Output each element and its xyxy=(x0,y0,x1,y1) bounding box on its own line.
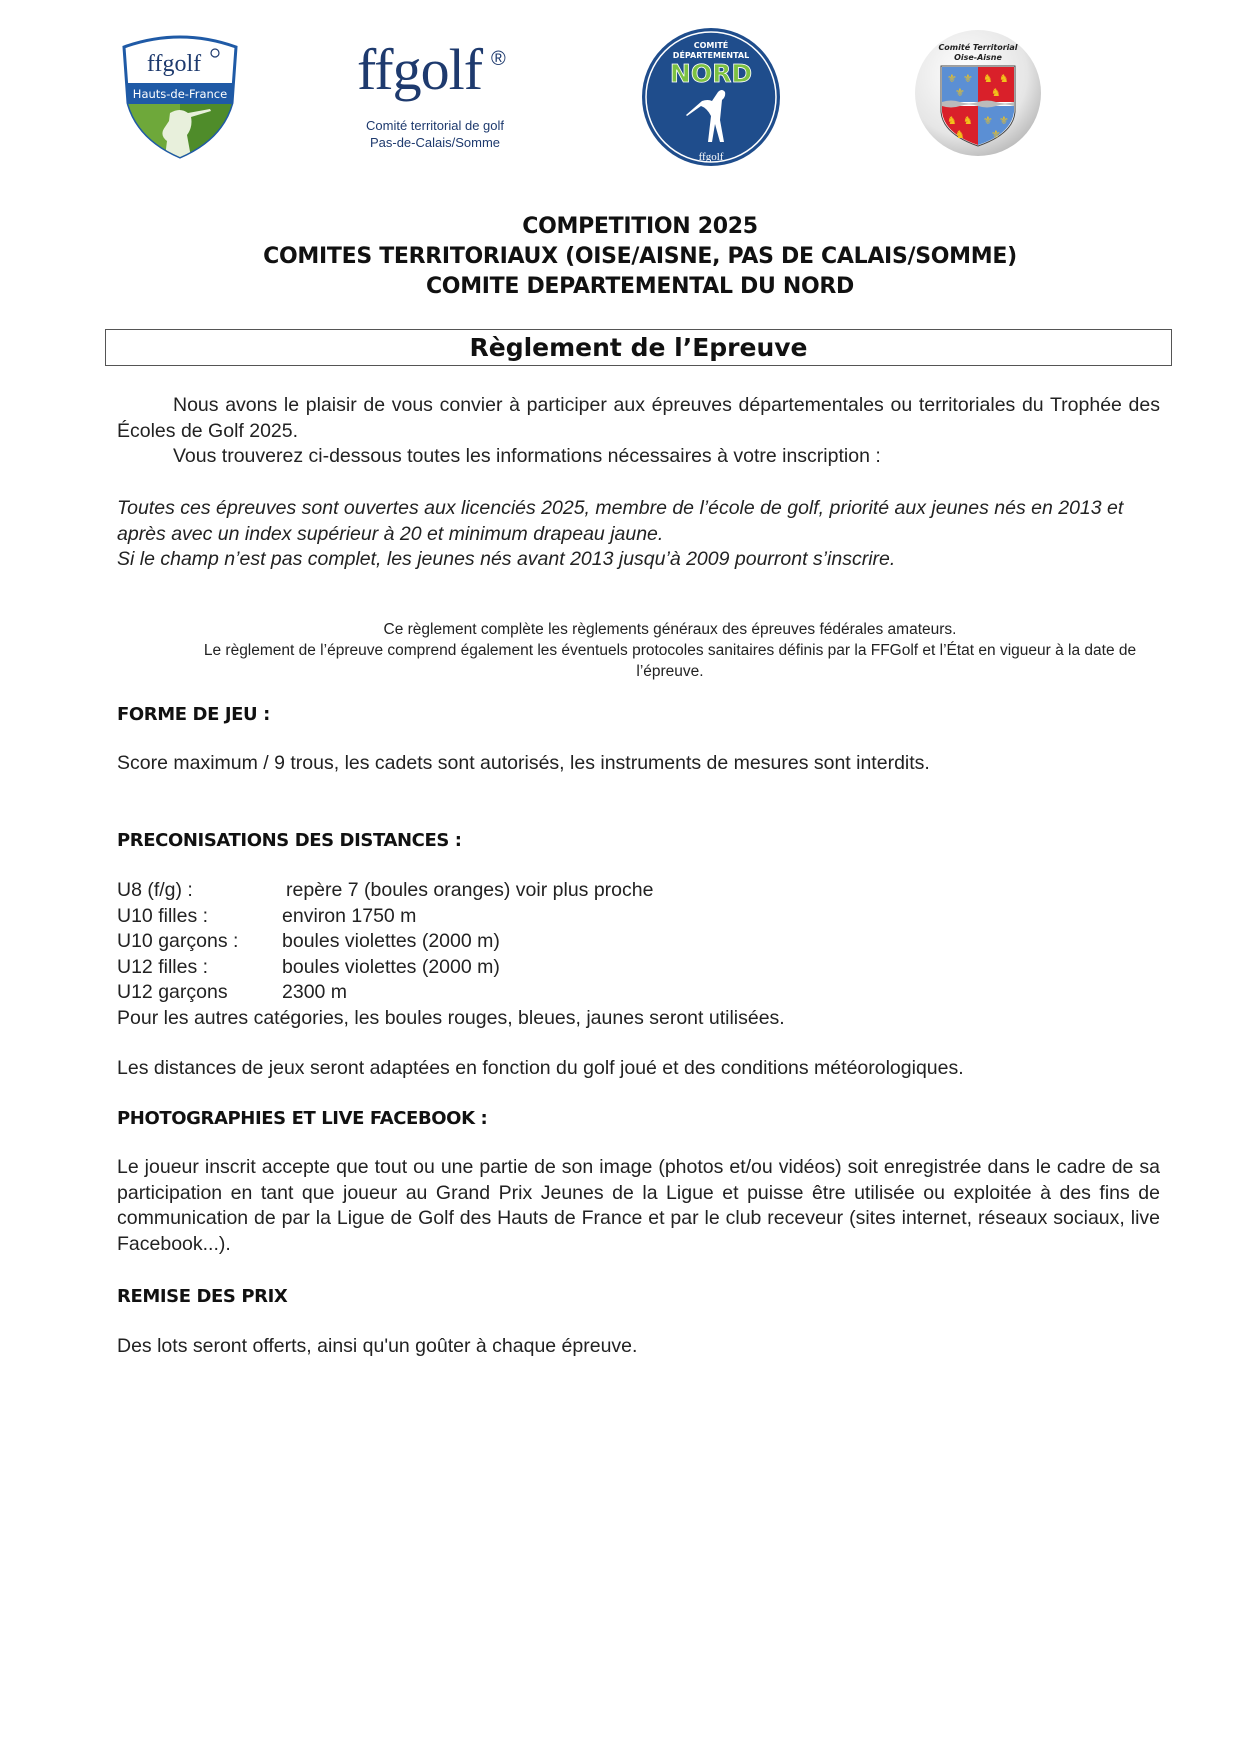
distance-value: repère 7 (boules oranges) voir plus proc… xyxy=(286,878,653,904)
intro-paragraph-2: Vous trouverez ci-dessous toutes les inf… xyxy=(117,444,1160,470)
distance-category: U10 filles : xyxy=(117,904,282,930)
distance-value: environ 1750 m xyxy=(282,904,416,930)
logo-bar: ffgolf Hauts-de-France ffgolf ® Comité t… xyxy=(0,0,1241,180)
distances-note: Les distances de jeux seront adaptées en… xyxy=(117,1056,1160,1082)
distance-row: U12 filles : boules violettes (2000 m) xyxy=(117,955,1160,981)
distance-category: U12 garçons xyxy=(117,980,282,1006)
eligibility-fallback-text: Si le champ n’est pas complet, les jeune… xyxy=(117,547,1160,573)
distance-row: U12 garçons 2300 m xyxy=(117,980,1160,1006)
logo-subtitle-1: Comité territorial de golf xyxy=(345,118,525,133)
svg-text:Oise-Aisne: Oise-Aisne xyxy=(954,53,1002,62)
title-comite-departemental: COMITE DEPARTEMENTAL DU NORD xyxy=(0,272,1241,302)
svg-text:COMITÉ: COMITÉ xyxy=(694,39,729,50)
distance-category: U8 (f/g) : xyxy=(117,878,282,904)
title-comites-territoriaux: COMITES TERRITORIAUX (OISE/AISNE, PAS DE… xyxy=(0,242,1241,272)
document-header: COMPETITION 2025 COMITES TERRITORIAUX (O… xyxy=(0,212,1241,302)
svg-text:NORD: NORD xyxy=(670,59,752,88)
svg-text:♞: ♞ xyxy=(999,72,1009,85)
remise-des-prix-text: Des lots seront offerts, ainsi qu'un goû… xyxy=(117,1334,1160,1360)
svg-text:Hauts-de-France: Hauts-de-France xyxy=(133,87,227,101)
distance-value: boules violettes (2000 m) xyxy=(282,955,500,981)
svg-text:♞: ♞ xyxy=(947,114,957,127)
svg-text:ffgolf: ffgolf xyxy=(147,51,201,77)
photographies-text: Le joueur inscrit accepte que tout ou un… xyxy=(117,1155,1160,1257)
distance-category: U10 garçons : xyxy=(117,929,282,955)
comite-oise-aisne-logo: Comité Territorial Oise-Aisne ⚜⚜⚜ ⚜⚜⚜ ♞♞… xyxy=(913,28,1043,158)
logo-subtitle-2: Pas-de-Calais/Somme xyxy=(345,135,525,150)
distance-value: boules violettes (2000 m) xyxy=(282,929,500,955)
svg-text:⚜: ⚜ xyxy=(947,72,957,85)
forme-de-jeu-text: Score maximum / 9 trous, les cadets sont… xyxy=(117,751,1160,777)
notice-line-1: Ce règlement complète les règlements gén… xyxy=(190,620,1150,641)
heading-distances: PRECONISATIONS DES DISTANCES : xyxy=(117,828,1160,854)
registered-mark: ® xyxy=(491,48,506,71)
ffgolf-wordmark: ffgolf xyxy=(357,36,482,103)
svg-text:⚜: ⚜ xyxy=(955,86,965,99)
svg-text:ffgolf: ffgolf xyxy=(699,151,724,163)
svg-text:⚜: ⚜ xyxy=(991,128,1001,141)
heading-forme-de-jeu: FORME DE JEU : xyxy=(117,702,1160,728)
intro-paragraph-1: Nous avons le plaisir de vous convier à … xyxy=(117,393,1160,444)
eligibility-text: Toutes ces épreuves sont ouvertes aux li… xyxy=(117,496,1160,547)
svg-text:⚜: ⚜ xyxy=(963,72,973,85)
comite-nord-logo: COMITÉ DÉPARTEMENTAL NORD ffgolf xyxy=(638,26,784,168)
title-competition: COMPETITION 2025 xyxy=(0,212,1241,242)
distance-category: U12 filles : xyxy=(117,955,282,981)
svg-text:♞: ♞ xyxy=(963,114,973,127)
distance-row: U10 garçons : boules violettes (2000 m) xyxy=(117,929,1160,955)
reglement-title-box: Règlement de l’Epreuve xyxy=(105,329,1172,366)
distances-others: Pour les autres catégories, les boules r… xyxy=(117,1006,1160,1032)
distance-row: U10 filles : environ 1750 m xyxy=(117,904,1160,930)
svg-text:⚜: ⚜ xyxy=(983,114,993,127)
ffgolf-pas-de-calais-somme-logo: ffgolf ® Comité territorial de golf Pas-… xyxy=(345,40,525,150)
svg-text:♞: ♞ xyxy=(983,72,993,85)
heading-photographies: PHOTOGRAPHIES ET LIVE FACEBOOK : xyxy=(117,1106,1160,1132)
notice-line-2: Le règlement de l’épreuve comprend égale… xyxy=(190,641,1150,682)
svg-text:♞: ♞ xyxy=(991,86,1001,99)
distances-table: U8 (f/g) : repère 7 (boules oranges) voi… xyxy=(117,878,1160,1031)
reglement-title: Règlement de l’Epreuve xyxy=(469,333,807,362)
heading-remise-des-prix: REMISE DES PRIX xyxy=(117,1284,1160,1310)
ffgolf-hauts-de-france-logo: ffgolf Hauts-de-France xyxy=(118,31,242,161)
distance-value: 2300 m xyxy=(282,980,347,1006)
svg-text:Comité Territorial: Comité Territorial xyxy=(938,42,1017,52)
distance-row: U8 (f/g) : repère 7 (boules oranges) voi… xyxy=(117,878,1160,904)
svg-text:♞: ♞ xyxy=(955,128,965,141)
svg-text:⚜: ⚜ xyxy=(999,114,1009,127)
